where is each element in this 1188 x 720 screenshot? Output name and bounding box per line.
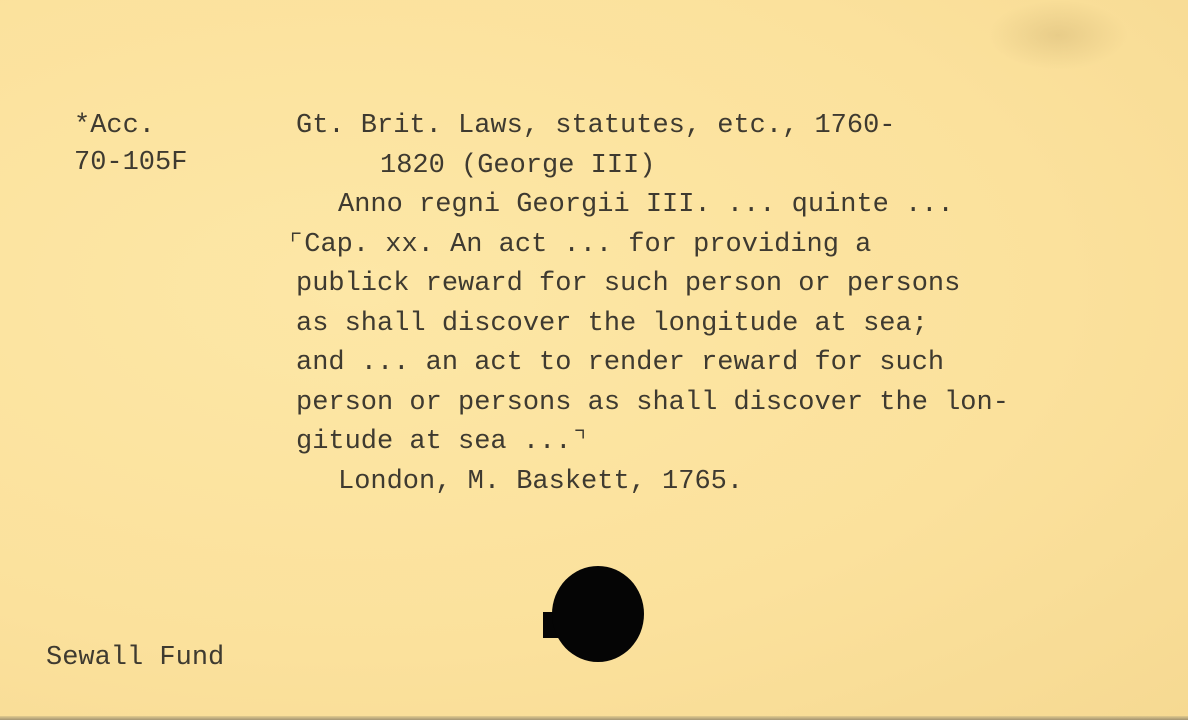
call-number-line-1: *Acc. xyxy=(74,108,187,145)
punch-hole xyxy=(552,566,644,662)
catalog-card: *Acc. 70-105F Gt. Brit. Laws, statutes, … xyxy=(0,0,1188,720)
title-line: as shall discover the longitude at sea; xyxy=(296,305,1176,345)
title-line: publick reward for such person or person… xyxy=(296,265,1176,305)
age-stain xyxy=(988,0,1128,70)
title-line: ⌜Cap. xx. An act ... for providing a xyxy=(288,226,1176,266)
title-line: person or persons as shall discover the … xyxy=(296,384,1176,424)
heading-line-1: Gt. Brit. Laws, statutes, etc., 1760- xyxy=(296,107,1176,147)
card-bottom-edge xyxy=(0,716,1188,720)
title-line: gitude at sea ...⌝ xyxy=(296,423,1176,463)
title-line: Anno regni Georgii III. ... quinte ... xyxy=(296,186,1176,226)
imprint: London, M. Baskett, 1765. xyxy=(296,463,1176,503)
heading-line-2: 1820 (George III) xyxy=(296,147,1176,187)
call-number-line-2: 70-105F xyxy=(74,145,187,182)
call-number: *Acc. 70-105F xyxy=(74,108,187,182)
title-line: and ... an act to render reward for such xyxy=(296,344,1176,384)
fund-note: Sewall Fund xyxy=(46,640,224,677)
catalog-entry: Gt. Brit. Laws, statutes, etc., 1760- 18… xyxy=(296,107,1176,502)
